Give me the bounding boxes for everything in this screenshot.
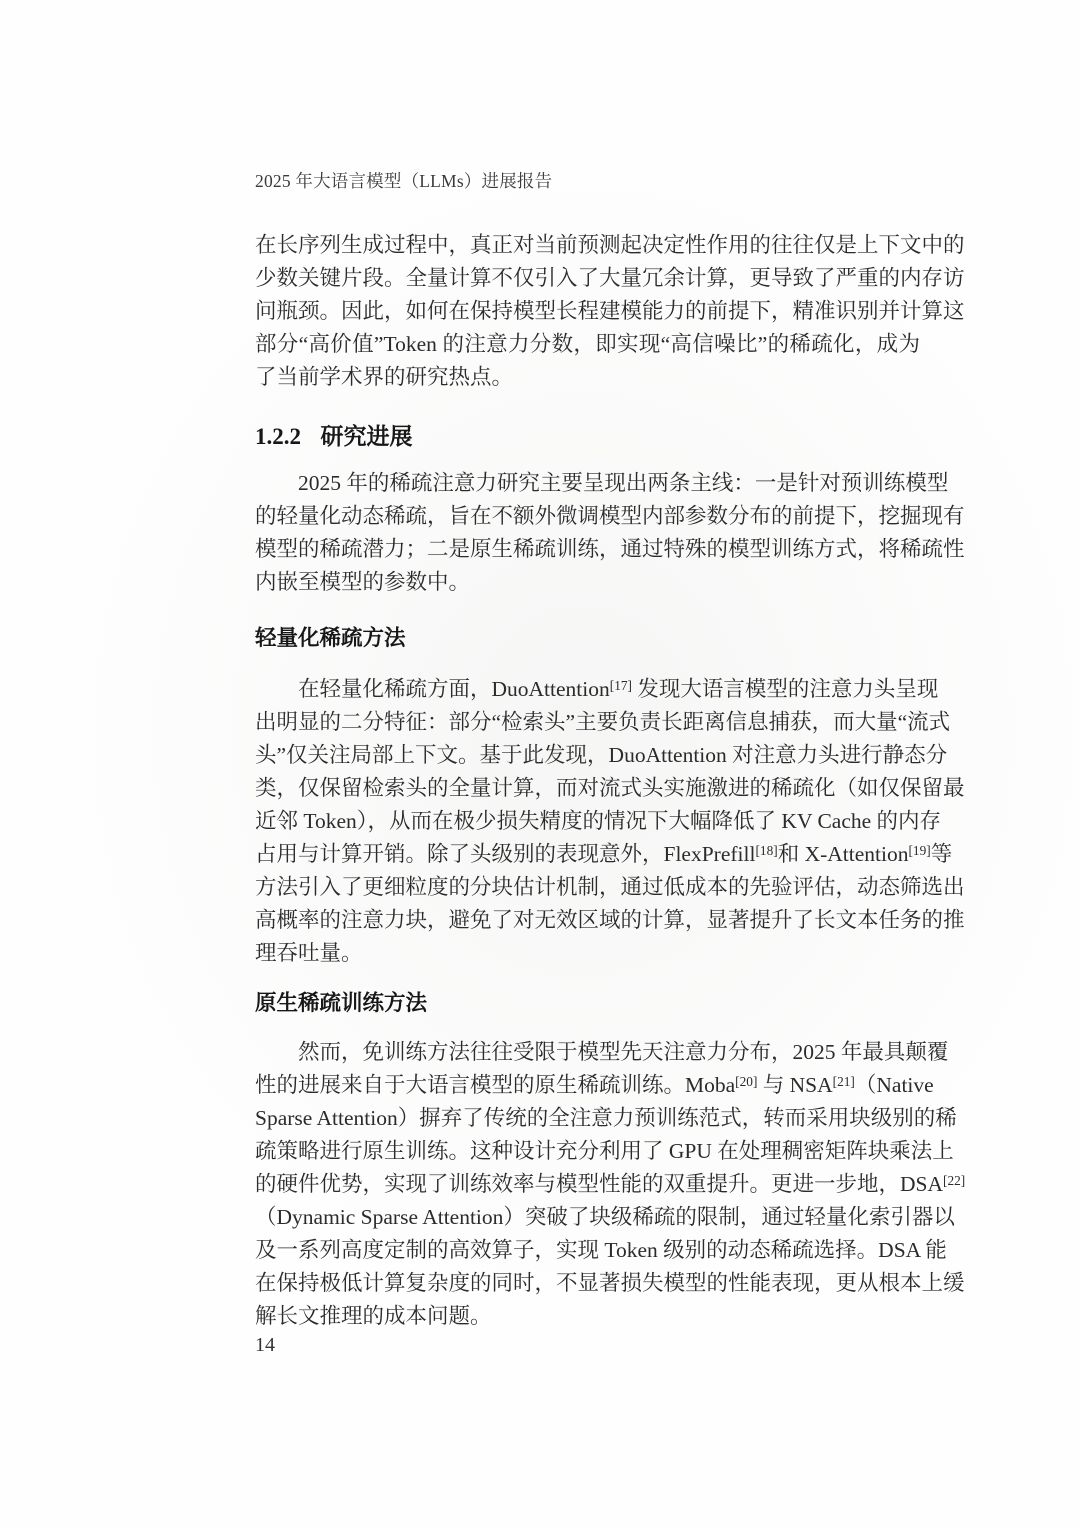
page-number: 14 <box>255 1334 920 1357</box>
text-line: 的轻量化动态稀疏，旨在不额外微调模型内部参数分布的前提下，挖掘现有 <box>255 500 920 533</box>
text-line: 理吞吐量。 <box>255 937 920 970</box>
text-line: 内嵌至模型的参数中。 <box>255 566 920 599</box>
paragraph: 2025 年的稀疏注意力研究主要呈现出两条主线：一是针对预训练模型 的轻量化动态… <box>255 467 920 599</box>
text-line: 高概率的注意力块，避免了对无效区域的计算，显著提升了长文本任务的推 <box>255 904 920 937</box>
text-line: （Dynamic Sparse Attention）突破了块级稀疏的限制，通过轻… <box>255 1201 920 1234</box>
text-line: 性的进展来自于大语言模型的原生稀疏训练。Moba[20] 与 NSA[21]（N… <box>255 1069 920 1102</box>
text-line: 在保持极低计算复杂度的同时，不显著损失模型的性能表现，更从根本上缓 <box>255 1267 920 1300</box>
text-line: 少数关键片段。全量计算不仅引入了大量冗余计算，更导致了严重的内存访 <box>255 262 920 295</box>
section-number: 1.2.2 <box>255 424 301 449</box>
text-line: 近邻 Token），从而在极少损失精度的情况下大幅降低了 KV Cache 的内… <box>255 805 920 838</box>
text-line: 模型的稀疏潜力；二是原生稀疏训练，通过特殊的模型训练方式，将稀疏性 <box>255 533 920 566</box>
text-line: 2025 年的稀疏注意力研究主要呈现出两条主线：一是针对预训练模型 <box>255 467 920 500</box>
text-line: 部分“高价值”Token 的注意力分数，即实现“高信噪比”的稀疏化，成为 <box>255 328 920 361</box>
text-line: 方法引入了更细粒度的分块估计机制，通过低成本的先验评估，动态筛选出 <box>255 871 920 904</box>
subsection-heading: 轻量化稀疏方法 <box>255 621 920 652</box>
text-line: 类，仅保留检索头的全量计算，而对流式头实施激进的稀疏化（如仅保留最 <box>255 772 920 805</box>
text-line: 占用与计算开销。除了头级别的表现意外，FlexPrefill[18]和 X-At… <box>255 838 920 871</box>
text-line: 出明显的二分特征：部分“检索头”主要负责长距离信息捕获，而大量“流式 <box>255 706 920 739</box>
text-line: 然而，免训练方法往往受限于模型先天注意力分布，2025 年最具颠覆 <box>255 1036 920 1069</box>
document-page: 2025 年大语言模型（LLMs）进展报告 在长序列生成过程中，真正对当前预测起… <box>0 0 1080 1527</box>
paragraph: 在长序列生成过程中，真正对当前预测起决定性作用的往往仅是上下文中的 少数关键片段… <box>255 229 920 394</box>
section-heading: 1.2.2研究进展 <box>255 418 920 451</box>
text-line: 及一系列高度定制的高效算子，实现 Token 级别的动态稀疏选择。DSA 能 <box>255 1234 920 1267</box>
text-line: 在轻量化稀疏方面，DuoAttention[17] 发现大语言模型的注意力头呈现 <box>255 673 920 706</box>
paragraph: 在轻量化稀疏方面，DuoAttention[17] 发现大语言模型的注意力头呈现… <box>255 673 920 970</box>
running-header: 2025 年大语言模型（LLMs）进展报告 <box>255 168 920 193</box>
subsection-heading: 原生稀疏训练方法 <box>255 986 920 1017</box>
text-line: 头”仅关注局部上下文。基于此发现，DuoAttention 对注意力头进行静态分 <box>255 739 920 772</box>
text-line: 解长文推理的成本问题。 <box>255 1300 920 1333</box>
text-line: 在长序列生成过程中，真正对当前预测起决定性作用的往往仅是上下文中的 <box>255 229 920 262</box>
paragraph: 然而，免训练方法往往受限于模型先天注意力分布，2025 年最具颠覆 性的进展来自… <box>255 1036 920 1333</box>
text-line: 的硬件优势，实现了训练效率与模型性能的双重提升。更进一步地，DSA[22] <box>255 1168 920 1201</box>
text-line: Sparse Attention）摒弃了传统的全注意力预训练范式，转而采用块级别… <box>255 1102 920 1135</box>
text-line: 了当前学术界的研究热点。 <box>255 361 920 394</box>
section-title: 研究进展 <box>321 424 413 449</box>
text-line: 疏策略进行原生训练。这种设计充分利用了 GPU 在处理稠密矩阵块乘法上 <box>255 1135 920 1168</box>
text-line: 问瓶颈。因此，如何在保持模型长程建模能力的前提下，精准识别并计算这 <box>255 295 920 328</box>
